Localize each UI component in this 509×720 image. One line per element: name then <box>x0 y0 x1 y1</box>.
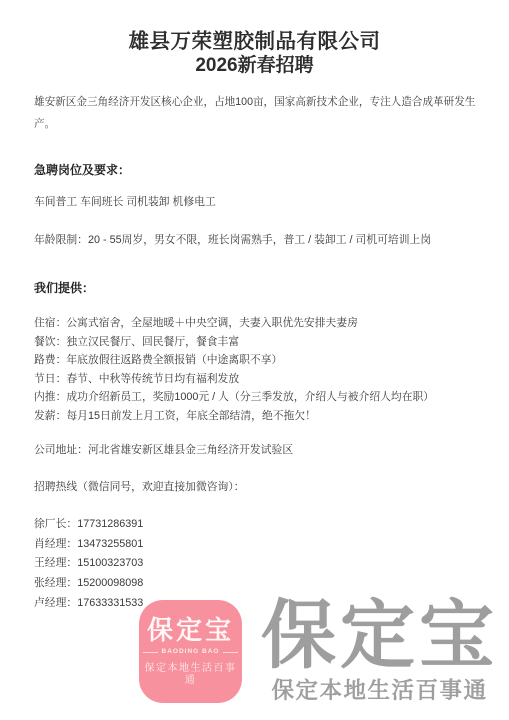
contact-phone: 13473255801 <box>77 538 143 550</box>
contact-phone: 17633331533 <box>77 597 143 609</box>
jobs-positions: 车间普工 车间班长 司机装卸 机修电工 <box>34 196 216 209</box>
contact-row: 徐厂长：17731286391 <box>34 515 143 535</box>
benefit-item-travel: 路费：年底放假往返路费全额报销（中途离职不享） <box>34 351 434 370</box>
contact-row: 卢经理：17633331533 <box>34 594 143 614</box>
contact-name: 张经理 <box>34 577 66 589</box>
benefits-heading: 我们提供： <box>34 281 94 295</box>
contact-separator: ： <box>66 557 77 569</box>
contact-row: 张经理：15200098098 <box>34 574 143 594</box>
company-name: 雄县万荣塑胶制品有限公司 <box>0 29 509 54</box>
contact-name: 肖经理 <box>34 538 66 550</box>
contact-phone: 15200098098 <box>77 577 143 589</box>
jobs-age-limit: 年龄限制：20 - 55周岁，男女不限，班长岗需熟手，普工 / 装卸工 / 司机… <box>34 234 431 247</box>
contact-name: 卢经理 <box>34 597 66 609</box>
contact-separator: ： <box>66 597 77 609</box>
contact-separator: ： <box>66 538 77 550</box>
contact-phone: 17731286391 <box>77 518 143 530</box>
benefit-item-referral: 内推：成功介绍新员工，奖励1000元 / 人（分三季发放，介绍人与被介绍人均在职… <box>34 388 434 407</box>
hotline-heading: 招聘热线（微信同号，欢迎直接加微咨询）： <box>34 481 245 494</box>
contacts-list: 徐厂长：17731286391 肖经理：13473255801 王经理：1510… <box>34 515 143 614</box>
watermark-icon-title: 保定宝 <box>139 615 242 645</box>
watermark-icon-tagline: 保定本地生活百事通 <box>139 663 242 687</box>
jobs-heading: 急聘岗位及要求： <box>34 163 130 177</box>
contact-separator: ： <box>66 577 77 589</box>
poster-title: 雄县万荣塑胶制品有限公司 2026新春招聘 <box>0 29 509 77</box>
baodingbao-logo-watermark: 保定宝 保定本地生活百事通 <box>250 590 509 703</box>
contact-name: 徐厂长 <box>34 518 66 530</box>
watermark-icon-subtitle: BAODING BAO <box>139 648 242 656</box>
contact-separator: ： <box>66 518 77 530</box>
benefit-item-salary: 发薪：每月15日前发上月工资，年底全部结清，绝不拖欠！ <box>34 407 434 426</box>
benefit-item-holiday: 节日：春节、中秋等传统节日均有福利发放 <box>34 370 434 389</box>
contact-row: 肖经理：13473255801 <box>34 535 143 555</box>
company-address: 公司地址：河北省雄安新区雄县金三角经济开发试验区 <box>34 444 293 457</box>
company-intro: 雄安新区金三角经济开发区核心企业，占地100亩，国家高新技术企业，专注人造合成革… <box>34 92 480 135</box>
contact-row: 王经理：15100323703 <box>34 554 143 574</box>
contact-phone: 15100323703 <box>77 557 143 569</box>
watermark-logo-tagline: 保定本地生活百事通 <box>250 678 509 703</box>
watermark-logo-title: 保定宝 <box>250 590 509 680</box>
recruitment-poster: 雄县万荣塑胶制品有限公司 2026新春招聘 雄安新区金三角经济开发区核心企业，占… <box>0 0 509 720</box>
contact-name: 王经理 <box>34 557 66 569</box>
poster-subtitle: 2026新春招聘 <box>0 54 509 77</box>
benefit-item-dining: 餐饮：独立汉民餐厅、回民餐厅，餐食丰富 <box>34 333 434 352</box>
benefit-item-housing: 住宿：公寓式宿舍，全屋地暖＋中央空调，夫妻入职优先安排夫妻房 <box>34 314 434 333</box>
baodingbao-app-icon-watermark: 保定宝 BAODING BAO 保定本地生活百事通 <box>139 600 242 703</box>
benefits-list: 住宿：公寓式宿舍，全屋地暖＋中央空调，夫妻入职优先安排夫妻房 餐饮：独立汉民餐厅… <box>34 314 434 425</box>
